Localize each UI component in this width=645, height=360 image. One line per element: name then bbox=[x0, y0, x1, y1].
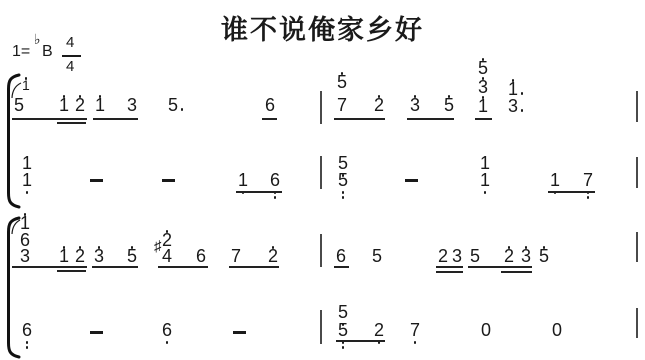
duration-dot bbox=[521, 109, 524, 112]
duration-dash bbox=[162, 179, 175, 182]
note-digit: 1 bbox=[22, 171, 32, 189]
note-digit: 6 bbox=[196, 247, 206, 265]
note-digit: 7 bbox=[583, 171, 593, 189]
octave-dot-below bbox=[342, 346, 345, 349]
octave-dot-below bbox=[484, 191, 487, 194]
note-digit: 6 bbox=[265, 96, 275, 114]
octave-dot-above bbox=[482, 96, 485, 99]
note-digit: 1 bbox=[95, 96, 105, 114]
octave-dot-above bbox=[448, 95, 451, 98]
note-digit: 1 bbox=[480, 171, 490, 189]
barline bbox=[636, 308, 638, 338]
beam-underline bbox=[57, 270, 86, 272]
octave-dot-below bbox=[342, 191, 345, 194]
beam-underline bbox=[475, 118, 492, 120]
song-title: 谁不说俺家乡好 bbox=[0, 15, 645, 45]
note-digit: 5 bbox=[127, 247, 137, 265]
duration-dash bbox=[233, 331, 246, 334]
duration-dot bbox=[181, 108, 184, 111]
sharp-icon: ♯ bbox=[154, 239, 162, 254]
duration-dot bbox=[521, 92, 524, 95]
note-digit: 7 bbox=[231, 247, 241, 265]
octave-dot-below bbox=[26, 346, 29, 349]
beam-underline bbox=[12, 266, 87, 268]
note-digit: 1 bbox=[238, 171, 248, 189]
beam-underline bbox=[334, 266, 349, 268]
note-digit: 5 bbox=[372, 247, 382, 265]
beam-underline bbox=[236, 191, 282, 193]
octave-dot-above bbox=[482, 77, 485, 80]
note-digit: 5 bbox=[14, 96, 24, 114]
note-digit: 5 bbox=[478, 59, 488, 77]
octave-dot-below bbox=[342, 196, 345, 199]
octave-dot-above bbox=[63, 246, 66, 249]
duration-dash bbox=[405, 179, 418, 182]
octave-dot-above bbox=[79, 95, 82, 98]
octave-dot-above bbox=[63, 95, 66, 98]
octave-dot-above bbox=[525, 246, 528, 249]
beam-underline bbox=[12, 118, 87, 120]
octave-dot-above bbox=[79, 246, 82, 249]
octave-dot-above bbox=[543, 246, 546, 249]
note-digit: 2 bbox=[504, 247, 514, 265]
beam-underline bbox=[436, 271, 463, 273]
note-digit: 2 bbox=[374, 96, 384, 114]
beam-underline bbox=[548, 191, 595, 193]
note-digit: 2 bbox=[75, 247, 85, 265]
note-digit: 3 bbox=[127, 96, 137, 114]
flat-icon: ♭ bbox=[34, 32, 41, 46]
note-digit: 2 bbox=[438, 247, 448, 265]
octave-dot-above bbox=[99, 95, 102, 98]
note-digit: 6 bbox=[336, 247, 346, 265]
beam-underline bbox=[468, 266, 532, 268]
note-digit: 4 bbox=[162, 247, 172, 265]
note-digit: 3 bbox=[94, 247, 104, 265]
note-digit: 7 bbox=[337, 96, 347, 114]
octave-dot-above bbox=[25, 77, 28, 80]
note-digit: 3 bbox=[410, 96, 420, 114]
note-digit: 0 bbox=[481, 321, 491, 339]
note-digit: 6 bbox=[22, 321, 32, 339]
beam-underline bbox=[158, 266, 208, 268]
key-prefix: 1= bbox=[12, 44, 30, 60]
note-digit: 5 bbox=[338, 321, 348, 339]
octave-dot-above bbox=[482, 58, 485, 61]
octave-dot-above bbox=[131, 246, 134, 249]
grace-slur-2 bbox=[12, 220, 20, 234]
octave-dot-above bbox=[98, 246, 101, 249]
note-digit: 5 bbox=[338, 303, 348, 321]
octave-dot-below bbox=[274, 196, 277, 199]
note-digit: 2 bbox=[75, 96, 85, 114]
beam-underline bbox=[262, 118, 277, 120]
barline bbox=[320, 310, 322, 344]
barline bbox=[320, 91, 322, 124]
duration-dash bbox=[90, 179, 103, 182]
note-digit: 7 bbox=[410, 321, 420, 339]
sheet-music-page: 谁不说俺家乡好 1= ♭ B 4 4 151213565723553113111… bbox=[0, 0, 645, 360]
barline bbox=[320, 234, 322, 267]
note-digit: 1 bbox=[478, 97, 488, 115]
beam-underline bbox=[336, 340, 385, 342]
note-digit: 6 bbox=[270, 171, 280, 189]
barline bbox=[320, 156, 322, 189]
note-digit: 0 bbox=[552, 321, 562, 339]
note-digit: 1 bbox=[550, 171, 560, 189]
note-digit: 5 bbox=[168, 96, 178, 114]
beam-underline bbox=[93, 118, 138, 120]
note-digit: 6 bbox=[162, 321, 172, 339]
barline bbox=[636, 232, 638, 262]
note-digit: 3 bbox=[521, 247, 531, 265]
octave-dot-above bbox=[24, 213, 27, 216]
note-digit: 1 bbox=[59, 96, 69, 114]
beam-underline bbox=[57, 122, 86, 124]
beam-underline bbox=[407, 118, 454, 120]
octave-dot-above bbox=[508, 246, 511, 249]
octave-dot-below bbox=[26, 341, 29, 344]
octave-dot-above bbox=[414, 95, 417, 98]
barline bbox=[636, 157, 638, 188]
note-digit: 1 bbox=[59, 247, 69, 265]
octave-dot-below bbox=[26, 191, 29, 194]
note-digit: 2 bbox=[268, 247, 278, 265]
time-signature-line bbox=[62, 55, 81, 57]
beam-underline bbox=[229, 266, 279, 268]
key-letter: B bbox=[42, 44, 53, 60]
octave-dot-above bbox=[166, 230, 169, 233]
time-signature-denominator: 4 bbox=[66, 59, 74, 74]
note-digit: 5 bbox=[539, 247, 549, 265]
beam-underline bbox=[334, 118, 385, 120]
beam-underline bbox=[436, 266, 463, 268]
note-digit: 3 bbox=[452, 247, 462, 265]
beam-underline bbox=[92, 266, 138, 268]
octave-dot-above bbox=[341, 72, 344, 75]
octave-dot-above bbox=[378, 95, 381, 98]
octave-dot-above bbox=[512, 79, 515, 82]
octave-dot-below bbox=[587, 196, 590, 199]
time-signature-numerator: 4 bbox=[66, 35, 74, 50]
note-digit: 3 bbox=[508, 97, 518, 115]
octave-dot-above bbox=[272, 246, 275, 249]
octave-dot-below bbox=[166, 341, 169, 344]
note-digit: 5 bbox=[338, 171, 348, 189]
beam-underline bbox=[501, 271, 532, 273]
note-digit: 2 bbox=[374, 321, 384, 339]
barline bbox=[636, 91, 638, 122]
note-digit: 5 bbox=[337, 73, 347, 91]
note-digit: 5 bbox=[444, 96, 454, 114]
note-digit: 3 bbox=[20, 247, 30, 265]
system-bracket-2 bbox=[9, 218, 20, 357]
grace-note-digit: 1 bbox=[22, 78, 30, 92]
octave-dot-below bbox=[414, 341, 417, 344]
duration-dash bbox=[90, 331, 103, 334]
note-digit: 5 bbox=[470, 247, 480, 265]
note-digit: 3 bbox=[478, 78, 488, 96]
